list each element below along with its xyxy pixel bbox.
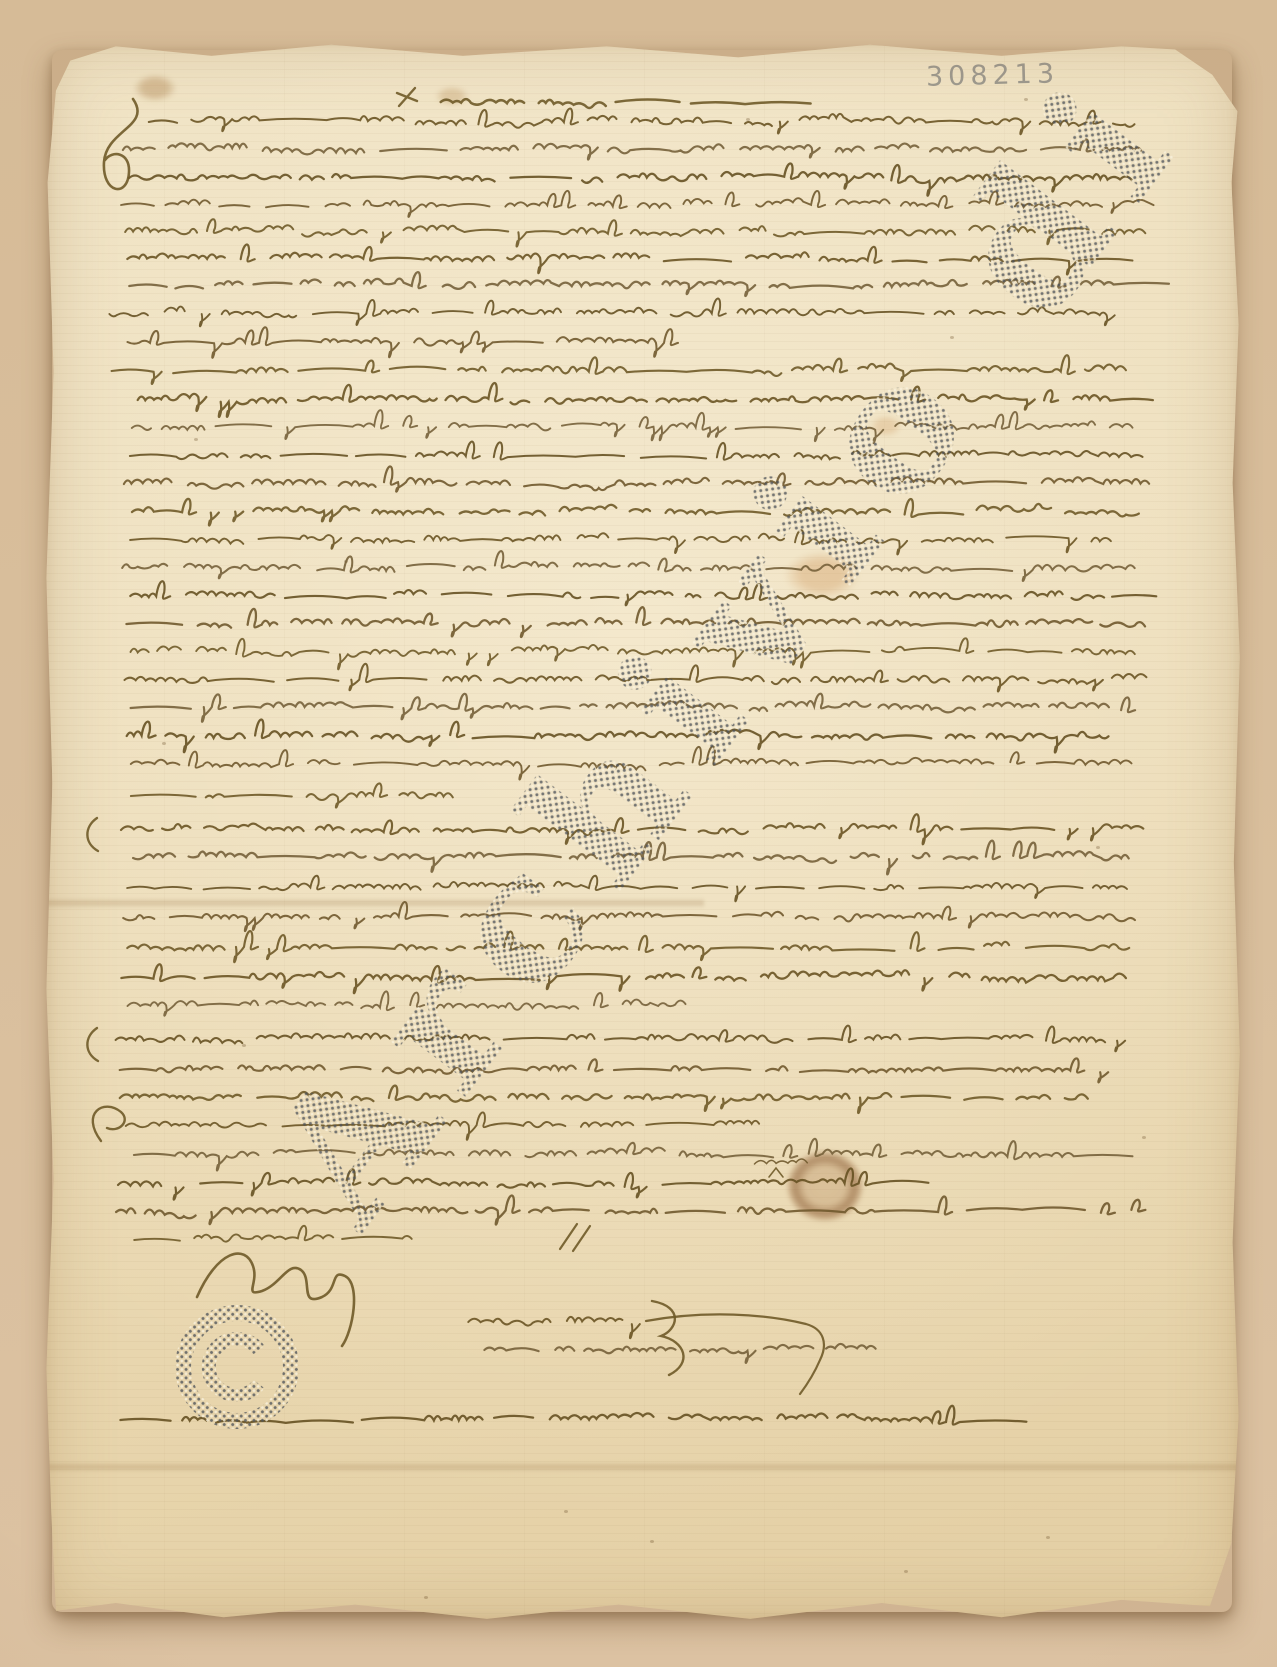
ink-stain — [775, 1140, 875, 1232]
foxing-speck — [242, 1044, 246, 1047]
fold-crease — [44, 1462, 1241, 1472]
ink-stain — [870, 415, 902, 437]
foxing-speck — [344, 560, 348, 563]
foxing-speck — [564, 1510, 568, 1513]
foxing-speck — [904, 1570, 908, 1573]
foxing-speck — [746, 118, 750, 121]
foxing-speck — [194, 438, 198, 441]
foxing-speck — [162, 742, 166, 745]
foxing-speck — [1046, 1536, 1050, 1539]
scanned-letter: 308213 Archivio di Stato di Prato — [0, 0, 1277, 1667]
foxing-speck — [650, 1540, 654, 1543]
ink-stain — [784, 551, 860, 599]
fold-crease — [44, 898, 704, 908]
ink-stain — [435, 86, 469, 106]
foxing-speck — [1024, 98, 1028, 101]
manuscript-page: 308213 — [44, 40, 1241, 1622]
ink-stain — [133, 74, 177, 102]
foxing-speck — [1142, 1136, 1146, 1139]
foxing-speck — [424, 1596, 428, 1599]
foxing-speck — [950, 336, 954, 339]
foxing-speck — [1096, 846, 1100, 849]
archive-number: 308213 — [926, 58, 1060, 92]
